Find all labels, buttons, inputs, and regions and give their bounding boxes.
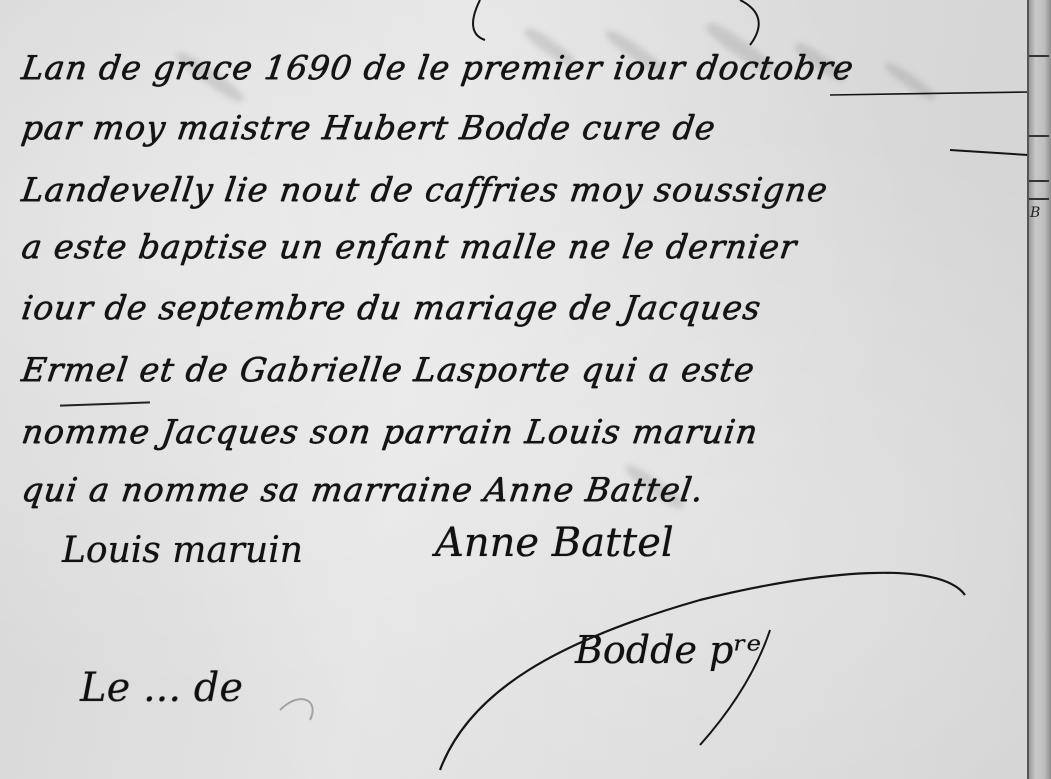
godfather-signature: Louis maruin	[62, 530, 303, 571]
page-margin-strip: B	[1027, 0, 1051, 779]
margin-tick	[1029, 198, 1049, 200]
document-scan: Lan de grace 1690 de le premier iour doc…	[0, 0, 1051, 779]
text-line-1: Lan de grace 1690 de le premier iour doc…	[19, 48, 856, 87]
margin-tick	[1029, 135, 1049, 137]
underline-mark	[60, 401, 150, 406]
text-line-2: par moy maistre Hubert Bodde cure de	[19, 108, 718, 147]
text-line-7: nomme Jacques son parrain Louis maruin	[19, 412, 761, 451]
text-line-3: Landevelly lie nout de caffries moy sous…	[19, 170, 830, 209]
faded-signature: Le ... de	[80, 665, 243, 711]
text-line-8: qui a nomme sa marraine Anne Battel.	[19, 470, 706, 509]
margin-glyph: B	[1030, 205, 1040, 221]
godmother-signature: Anne Battel	[435, 520, 674, 566]
margin-tick	[1029, 180, 1049, 182]
ink-bleed	[882, 59, 938, 103]
text-line-6: Ermel et de Gabrielle Lasporte qui a est…	[19, 350, 757, 389]
priest-signature: Bodde pʳᵉ	[575, 628, 761, 672]
text-line-5: iour de septembre du mariage de Jacques	[19, 288, 764, 327]
margin-tick	[1029, 55, 1049, 57]
text-line-4: a este baptise un enfant malle ne le der…	[19, 227, 799, 266]
